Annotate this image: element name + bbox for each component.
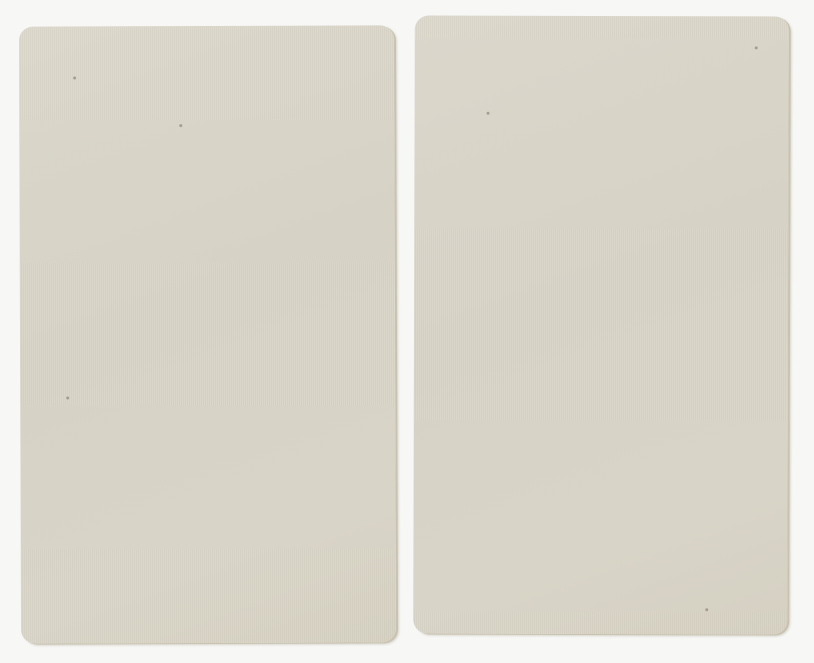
speck xyxy=(487,112,490,115)
left-blank-card xyxy=(19,25,396,643)
right-blank-card xyxy=(413,16,789,635)
speck xyxy=(66,396,69,399)
speck xyxy=(179,124,182,127)
speck xyxy=(73,76,76,79)
speck xyxy=(755,46,758,49)
speck xyxy=(705,608,708,611)
